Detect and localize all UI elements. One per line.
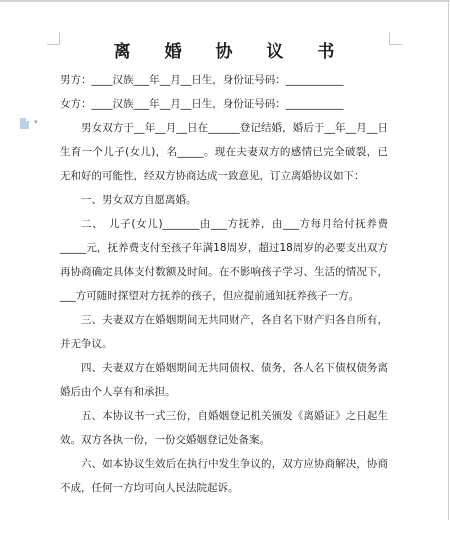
page-right-border [448, 0, 449, 520]
male-party-line: 男方：____汉族___年__月__日生，身份证号码：___________ [60, 68, 388, 92]
clause-2: 二、 儿子(女儿)_______由___方抚养，由___方每月给付抚养费____… [60, 212, 388, 308]
chevron-down-icon[interactable]: ▾ [34, 118, 38, 126]
document-page[interactable]: 离 婚 协 议 书 男方：____汉族___年__月__日生，身份证号码：___… [60, 40, 388, 500]
document-paragraph-icon[interactable] [20, 118, 29, 129]
intro-text: 男女双方于__年__月__日在______登记结婚，婚后于__年__月__日生育… [60, 122, 388, 182]
intro-paragraph: 男女双方于__年__月__日在______登记结婚，婚后于__年__月__日生育… [60, 116, 388, 188]
clause-5: 五、本协议书一式三份，自婚姻登记机关颁发《离婚证》之日起生效。双方各执一份，一份… [60, 404, 388, 452]
window-top-border [0, 0, 450, 2]
margin-corner-top-right [389, 32, 402, 45]
margin-corner-top-left [47, 32, 60, 45]
document-title: 离 婚 协 议 书 [74, 40, 388, 64]
female-party-line: 女方：____汉族___年__月__日生，身份证号码：___________ [60, 92, 388, 116]
clause-3: 三、夫妻双方在婚姻期间无共同财产，各自名下财产归各自所有，并无争议。 [60, 308, 388, 356]
clause-6: 六、如本协议生效后在执行中发生争议的，双方应协商解决，协商不成，任何一方均可向人… [60, 452, 388, 500]
clause-1: 一、男女双方自愿离婚。 [60, 188, 388, 212]
clause-4: 四、夫妻双方在婚姻期间无共同债权、债务，各人名下债权债务离婚后由个人享有和承担。 [60, 356, 388, 404]
